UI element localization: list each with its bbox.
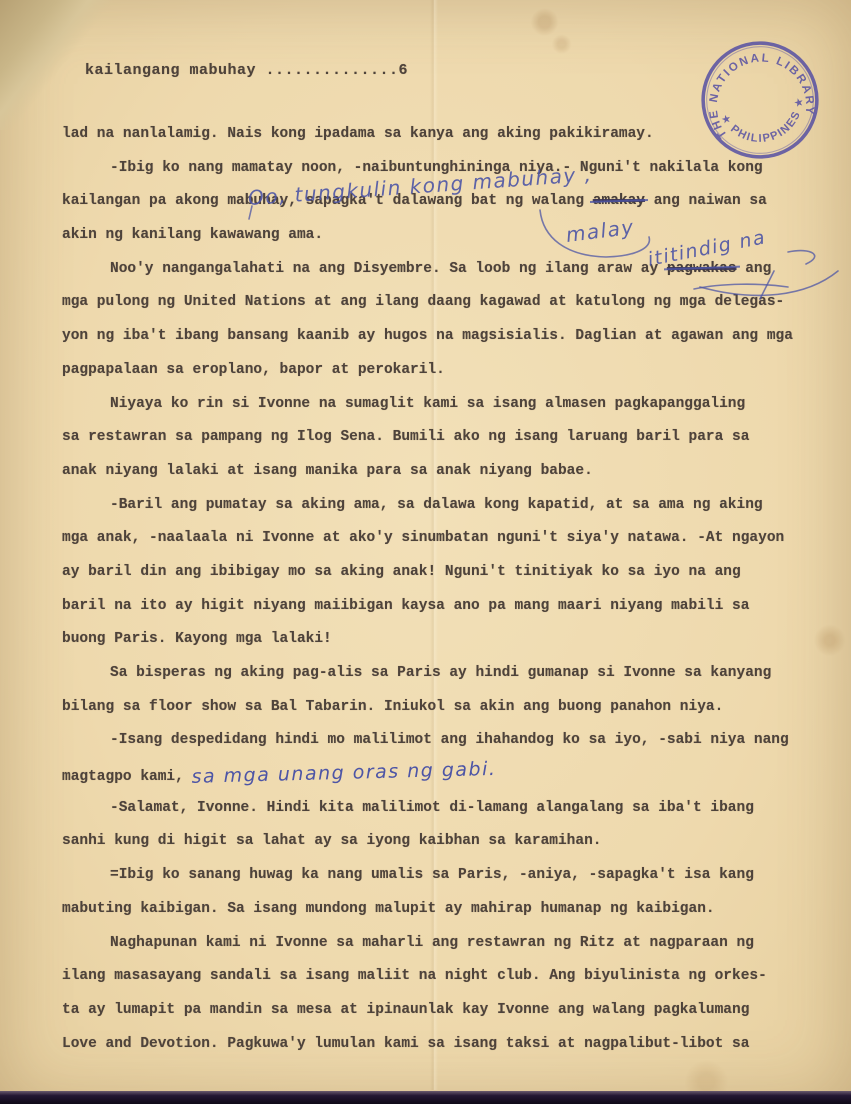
struck-word: amakay <box>593 193 645 209</box>
typed-text: -Isang despedidang hindi mo malilimot an… <box>110 732 789 748</box>
typed-text: akin ng kanilang kawawang ama. <box>62 227 323 243</box>
typed-text: ilang masasayang sandali sa isang maliit… <box>62 968 767 984</box>
text-line: Sa bisperas ng aking pag-alis sa Paris a… <box>62 657 822 691</box>
text-line: buong Paris. Kayong mga lalaki! <box>62 623 822 657</box>
text-line: bilang sa floor show sa Bal Tabarin. Ini… <box>62 691 822 725</box>
typed-text: Naghapunan kami ni Ivonne sa maharli ang… <box>110 935 754 951</box>
typed-text: anak niyang lalaki at isang manika para … <box>62 463 593 479</box>
text-line: Niyaya ko rin si Ivonne na sumaglit kami… <box>62 388 822 422</box>
typed-text: -Salamat, Ivonne. Hindi kita malilimot d… <box>110 800 754 816</box>
text-line: -Salamat, Ivonne. Hindi kita malilimot d… <box>62 792 822 826</box>
running-header: kailangang mabuhay ..............6 <box>85 62 408 79</box>
text-line: mga pulong ng United Nations at ang ilan… <box>62 286 822 320</box>
text-line: pagpapalaan sa eroplano, bapor at peroka… <box>62 354 822 388</box>
typed-text: lad na nanlalamig. Nais kong ipadama sa … <box>62 126 654 142</box>
typed-text: ang naiwan sa <box>645 193 767 209</box>
text-line: mga anak, -naalaala ni Ivonne at ako'y s… <box>62 522 822 556</box>
typed-text: baril na ito ay higit niyang maiibigan k… <box>62 598 749 614</box>
text-line: ilang masasayang sandali sa isang maliit… <box>62 960 822 994</box>
typed-text: sa restawran sa pampang ng Ilog Sena. Bu… <box>62 429 749 445</box>
typed-text: pagpapalaan sa eroplano, bapor at peroka… <box>62 362 445 378</box>
text-line: yon ng iba't ibang bansang kaanib ay hug… <box>62 320 822 354</box>
typed-text: yon ng iba't ibang bansang kaanib ay hug… <box>62 328 793 344</box>
typed-text: mabuting kaibigan. Sa isang mundong malu… <box>62 901 715 917</box>
text-line: ta ay lumapit pa mandin sa mesa at ipina… <box>62 994 822 1028</box>
text-line: sa restawran sa pampang ng Ilog Sena. Bu… <box>62 421 822 455</box>
scan-edge <box>0 1091 851 1104</box>
text-line: -Baril ang pumatay sa aking ama, sa dala… <box>62 489 822 523</box>
text-line: Love and Devotion. Pagkuwa'y lumulan kam… <box>62 1028 822 1062</box>
text-line: sanhi kung di higit sa lahat ay sa iyong… <box>62 825 822 859</box>
text-line: ay baril din ang ibibigay mo sa aking an… <box>62 556 822 590</box>
typed-text: ang <box>737 261 772 277</box>
text-line: Naghapunan kami ni Ivonne sa maharli ang… <box>62 927 822 961</box>
text-line: mabuting kaibigan. Sa isang mundong malu… <box>62 893 822 927</box>
typed-text: =Ibig ko sanang huwag ka nang umalis sa … <box>110 867 754 883</box>
typed-text: mga pulong ng United Nations at ang ilan… <box>62 294 784 310</box>
typed-text: Sa bisperas ng aking pag-alis sa Paris a… <box>110 665 771 681</box>
text-line: baril na ito ay higit niyang maiibigan k… <box>62 590 822 624</box>
typed-text: sanhi kung di higit sa lahat ay sa iyong… <box>62 833 602 849</box>
typed-text: magtagpo kami, <box>62 769 184 785</box>
text-line: =Ibig ko sanang huwag ka nang umalis sa … <box>62 859 822 893</box>
typed-text: ta ay lumapit pa mandin sa mesa at ipina… <box>62 1002 749 1018</box>
text-line: -Isang despedidang hindi mo malilimot an… <box>62 724 822 758</box>
text-line: anak niyang lalaki at isang manika para … <box>62 455 822 489</box>
handwritten-inline: sa mga unang oras ng gabi. <box>183 753 496 795</box>
text-line: magtagpo kami, sa mga unang oras ng gabi… <box>62 758 822 792</box>
scanned-page: kailangang mabuhay ..............6 THE N… <box>0 0 851 1104</box>
typed-text: Love and Devotion. Pagkuwa'y lumulan kam… <box>62 1036 749 1052</box>
typed-text: ay baril din ang ibibigay mo sa aking an… <box>62 564 741 580</box>
typed-text: -Baril ang pumatay sa aking ama, sa dala… <box>110 497 763 513</box>
typed-text: Noo'y nangangalahati na ang Disyembre. S… <box>110 261 667 277</box>
typed-text: Niyaya ko rin si Ivonne na sumaglit kami… <box>110 396 745 412</box>
typed-text: mga anak, -naalaala ni Ivonne at ako'y s… <box>62 530 784 546</box>
typed-text: buong Paris. Kayong mga lalaki! <box>62 631 332 647</box>
typed-text: bilang sa floor show sa Bal Tabarin. Ini… <box>62 699 723 715</box>
text-line: lad na nanlalamig. Nais kong ipadama sa … <box>62 118 822 152</box>
